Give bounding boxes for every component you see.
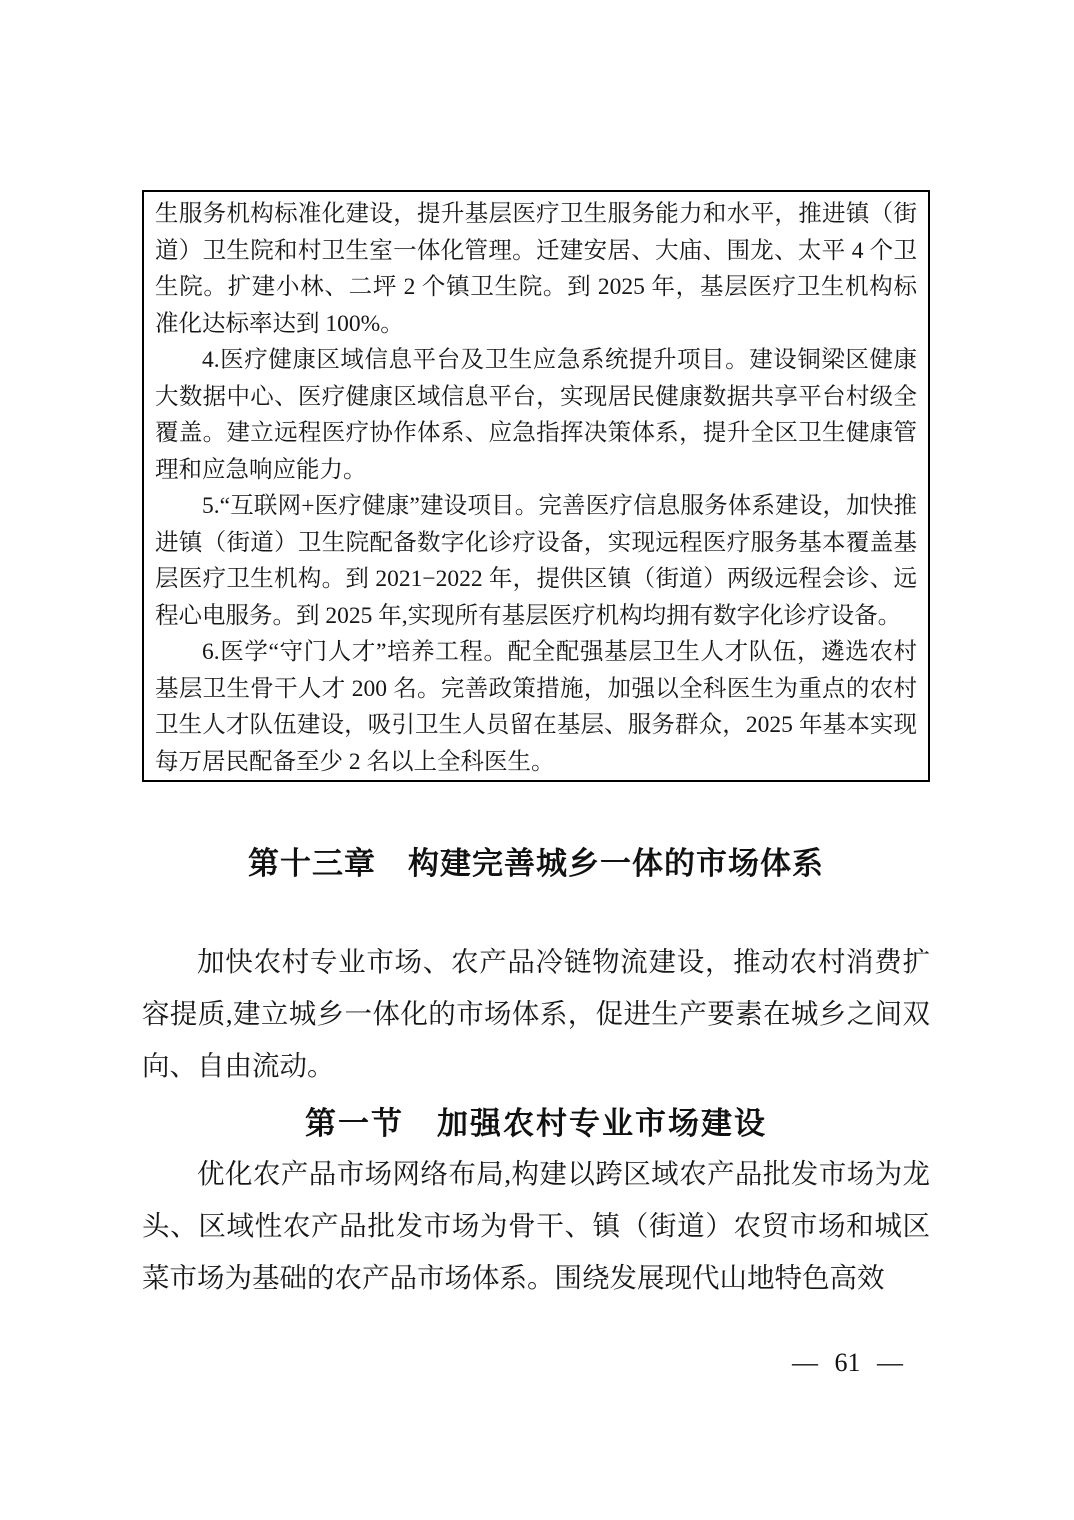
- document-page: 生服务机构标准化建设，提升基层医疗卫生服务能力和水平，推进镇（街道）卫生院和村卫…: [0, 0, 1074, 1520]
- box-paragraph-item-5: 5.“互联网+医疗健康”建设项目。完善医疗信息服务体系建设，加快推进镇（街道）卫…: [155, 488, 917, 634]
- box-paragraph-item-4: 4.医疗健康区域信息平台及卫生应急系统提升项目。建设铜梁区健康大数据中心、医疗健…: [155, 342, 917, 488]
- box-paragraph-item-6: 6.医学“守门人才”培养工程。配全配强基层卫生人才队伍，遴选农村基层卫生骨干人才…: [155, 634, 917, 780]
- project-callout-box: 生服务机构标准化建设，提升基层医疗卫生服务能力和水平，推进镇（街道）卫生院和村卫…: [142, 190, 930, 782]
- box-paragraph-continuation: 生服务机构标准化建设，提升基层医疗卫生服务能力和水平，推进镇（街道）卫生院和村卫…: [155, 196, 917, 342]
- section-heading: 第一节 加强农村专业市场建设: [142, 1098, 930, 1143]
- section-paragraph: 优化农产品市场网络布局,构建以跨区域农产品批发市场为龙头、区域性农产品批发市场为…: [142, 1148, 930, 1304]
- page-number: — 61 —: [142, 1348, 930, 1378]
- chapter-intro-paragraph: 加快农村专业市场、农产品冷链物流建设，推动农村消费扩容提质,建立城乡一体化的市场…: [142, 936, 930, 1092]
- chapter-heading: 第十三章 构建完善城乡一体的市场体系: [142, 838, 930, 883]
